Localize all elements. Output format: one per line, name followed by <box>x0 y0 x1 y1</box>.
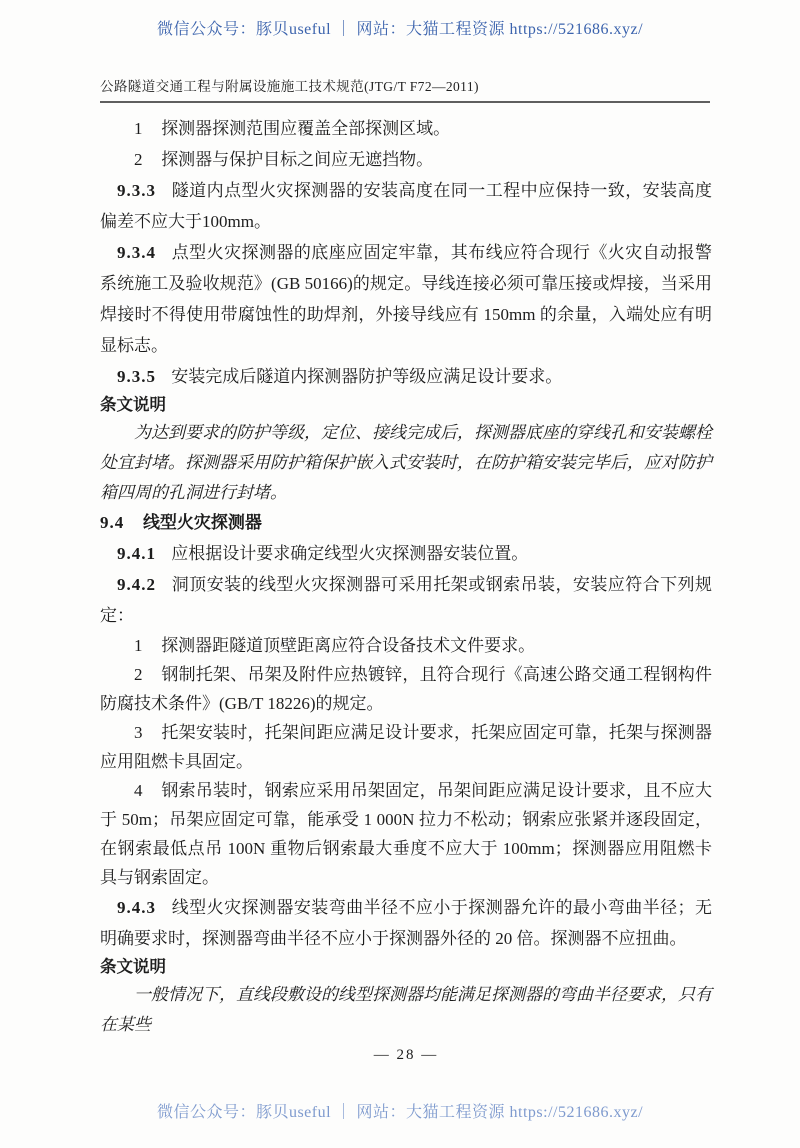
section-title: 线型火灾探测器 <box>143 513 262 532</box>
list-item-text: 探测器探测范围应覆盖全部探测区域。 <box>161 119 450 138</box>
document-body: 1探测器探测范围应覆盖全部探测区域。 2探测器与保护目标之间应无遮挡物。 9.3… <box>100 113 712 1071</box>
watermark-banner-top: 微信公众号：豚贝useful ｜ 网站：大猫工程资源 https://52168… <box>0 0 800 39</box>
running-header: 公路隧道交通工程与附属设施施工技术规范(JTG/T F72—2011) <box>100 75 710 103</box>
note-paragraph: 为达到要求的防护等级，定位、接线完成后，探测器底座的穿线孔和安装螺栓处宜封堵。探… <box>100 418 712 508</box>
list-item-number: 3 <box>134 723 143 742</box>
list-item: 3托架安装时，托架间距应满足设计要求，托架应固定可靠，托架与探测器应用阻燃卡具固… <box>100 718 712 776</box>
section-heading-9-4: 9.4线型火灾探测器 <box>100 508 712 538</box>
clause-9-3-4: 9.3.4点型火灾探测器的底座应固定牢靠，其布线应符合现行《火灾自动报警系统施工… <box>100 237 712 361</box>
list-item-number: 2 <box>134 665 143 684</box>
list-item: 1探测器距隧道顶壁距离应符合设备技术文件要求。 <box>100 631 712 660</box>
clause-9-3-5: 9.3.5安装完成后隧道内探测器防护等级应满足设计要求。 <box>100 361 712 392</box>
list-item-number: 4 <box>134 781 143 800</box>
notes-heading: 条文说明 <box>100 954 712 980</box>
note-paragraph: 一般情况下，直线段敷设的线型探测器均能满足探测器的弯曲半径要求，只有在某些 <box>100 980 712 1040</box>
clause-text: 点型火灾探测器的底座应固定牢靠，其布线应符合现行《火灾自动报警系统施工及验收规范… <box>100 243 712 355</box>
clause-text: 线型火灾探测器安装弯曲半径不应小于探测器允许的最小弯曲半径；无明确要求时，探测器… <box>100 898 712 948</box>
list-item-text: 钢索吊装时，钢索应采用吊架固定，吊架间距应满足设计要求，且不应大于 50m；吊架… <box>100 781 712 887</box>
scanned-document-page: 微信公众号：豚贝useful ｜ 网站：大猫工程资源 https://52168… <box>0 0 800 1148</box>
list-item-number: 2 <box>134 150 143 169</box>
list-item: 2钢制托架、吊架及附件应热镀锌，且符合现行《高速公路交通工程钢构件防腐技术条件》… <box>100 660 712 718</box>
clause-number: 9.3.5 <box>117 367 156 386</box>
list-item-number: 1 <box>134 636 143 655</box>
clause-text: 洞顶安装的线型火灾探测器可采用托架或钢索吊装，安装应符合下列规定： <box>100 575 712 625</box>
list-item-number: 1 <box>134 119 143 138</box>
list-item: 1探测器探测范围应覆盖全部探测区域。 <box>100 113 712 144</box>
clause-9-4-2: 9.4.2洞顶安装的线型火灾探测器可采用托架或钢索吊装，安装应符合下列规定： <box>100 569 712 631</box>
clause-9-4-3: 9.4.3线型火灾探测器安装弯曲半径不应小于探测器允许的最小弯曲半径；无明确要求… <box>100 892 712 954</box>
list-item-text: 钢制托架、吊架及附件应热镀锌，且符合现行《高速公路交通工程钢构件防腐技术条件》(… <box>100 665 712 713</box>
clause-9-3-3: 9.3.3隧道内点型火灾探测器的安装高度在同一工程中应保持一致，安装高度偏差不应… <box>100 175 712 237</box>
watermark-banner-bottom: 微信公众号：豚贝useful ｜ 网站：大猫工程资源 https://52168… <box>0 1099 800 1122</box>
clause-text: 安装完成后隧道内探测器防护等级应满足设计要求。 <box>171 367 562 386</box>
list-item: 4钢索吊装时，钢索应采用吊架固定，吊架间距应满足设计要求，且不应大于 50m；吊… <box>100 776 712 892</box>
clause-item-list: 1探测器探测范围应覆盖全部探测区域。 2探测器与保护目标之间应无遮挡物。 <box>100 113 712 175</box>
clause-number: 9.4.1 <box>117 544 156 563</box>
list-item-text: 探测器与保护目标之间应无遮挡物。 <box>161 150 433 169</box>
clause-number: 9.4.3 <box>117 898 156 917</box>
clause-number: 9.3.3 <box>117 181 156 200</box>
clause-9-4-2-item-list: 1探测器距隧道顶壁距离应符合设备技术文件要求。 2钢制托架、吊架及附件应热镀锌，… <box>100 631 712 892</box>
list-item-text: 托架安装时，托架间距应满足设计要求，托架应固定可靠，托架与探测器应用阻燃卡具固定… <box>100 723 712 771</box>
list-item-text: 探测器距隧道顶壁距离应符合设备技术文件要求。 <box>161 636 535 655</box>
list-item: 2探测器与保护目标之间应无遮挡物。 <box>100 144 712 175</box>
page-number: — 28 — <box>100 1040 712 1071</box>
clause-9-4-1: 9.4.1应根据设计要求确定线型火灾探测器安装位置。 <box>100 538 712 569</box>
notes-heading: 条文说明 <box>100 392 712 418</box>
clause-text: 应根据设计要求确定线型火灾探测器安装位置。 <box>171 544 528 563</box>
section-number: 9.4 <box>100 513 124 532</box>
clause-number: 9.3.4 <box>117 243 156 262</box>
clause-number: 9.4.2 <box>117 575 156 594</box>
clause-text: 隧道内点型火灾探测器的安装高度在同一工程中应保持一致，安装高度偏差不应大于100… <box>100 181 712 231</box>
